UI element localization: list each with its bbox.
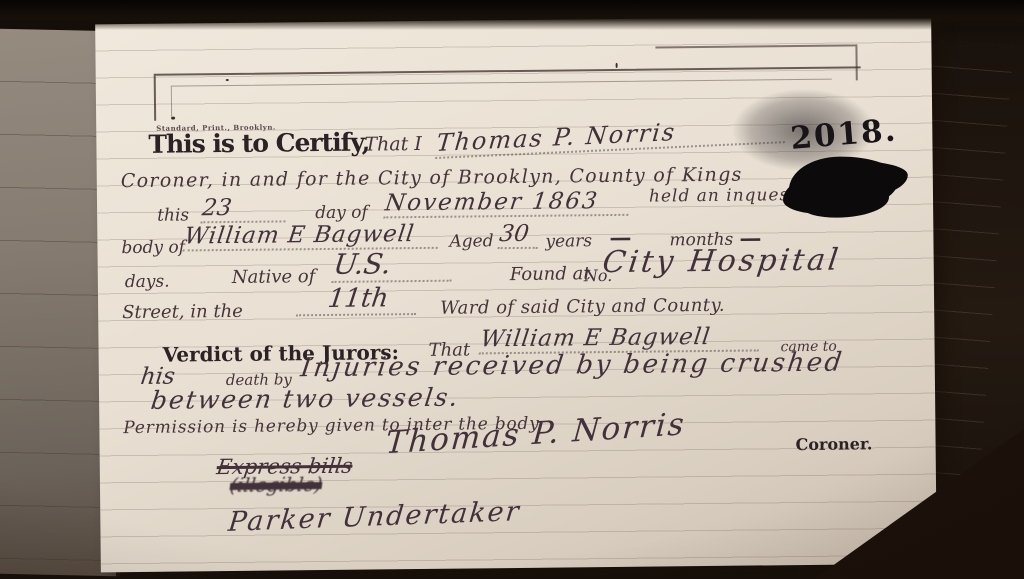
inquest-day-entry: 23 [200,194,289,223]
inquest-month-entry: November 1863 [383,188,632,219]
paper-speck [616,63,618,68]
certificate-page: 2018. Standard, Print., Brooklyn. This i… [95,16,937,573]
paper-speck [171,117,175,120]
aged-label: Aged [449,231,493,251]
coroner-title: Coroner. [795,434,872,454]
certify-heading: This is to Certify, [148,128,369,159]
street-label: Street, in the [122,301,243,323]
day-of-label: day of [315,203,368,224]
dark-top-edge [0,0,1024,30]
photograph-of-coroner-certificate: 2018. Standard, Print., Brooklyn. This i… [0,0,1024,579]
cause-line2-entry: between two vessels. [149,383,461,415]
age-years-entry: 30 [498,221,542,249]
days-label: days. [125,272,170,292]
found-at-entry: City Hospital [600,243,843,281]
paper-speck [226,79,229,81]
ward-entry: 11th [296,283,420,316]
found-at-label: Found at [510,263,591,285]
struck-note-2: (illegible) [229,474,324,497]
native-entry: U.S. [331,247,456,283]
cause-line1-entry: Injuries received by being crushed [299,348,846,384]
this-label: this [157,205,189,225]
years-label: years [545,231,592,251]
that-i-label: That I [364,133,422,156]
ward-label: Ward of said City and County. [440,295,725,319]
body-of-label: body of [121,237,185,258]
